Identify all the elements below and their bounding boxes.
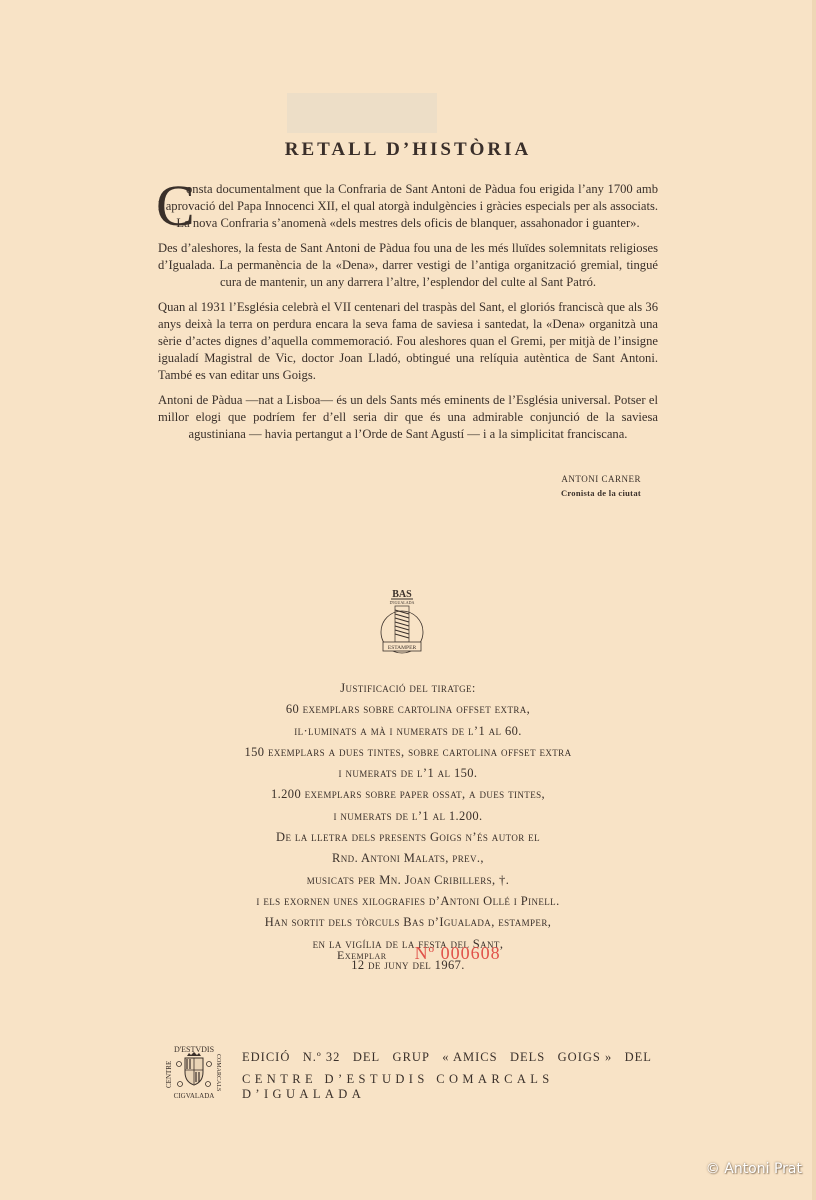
press-screw-icon: BAS D'IGUALADA ESTAMPER: [376, 588, 428, 658]
edition-word: N.º 32: [303, 1050, 341, 1065]
colophon-line: i numerats de l’1 al 1.200.: [0, 806, 816, 827]
colophon-line: il·luminats a mà i numerats de l’1 al 60…: [0, 721, 816, 742]
colophon: Justificació del tiratge:60 exemplars so…: [0, 678, 816, 976]
edition-word: DELS: [510, 1050, 545, 1065]
signature: ANTONI CARNER Cronista de la ciutat: [561, 474, 641, 498]
dropcap-letter: C: [156, 177, 195, 235]
paragraph-4: Antoni de Pàdua —nat a Lisboa— és un del…: [158, 392, 658, 443]
page-title: RETALL D’HISTÒRIA: [0, 139, 816, 161]
colophon-line: i numerats de l’1 al 150.: [0, 763, 816, 784]
colophon-line: i els exornen unes xilografies d’Antoni …: [0, 891, 816, 912]
page-edge: [812, 0, 816, 1200]
colophon-line: 1.200 exemplars sobre paper ossat, a due…: [0, 784, 816, 805]
exemplar-number: Exemplar Nº 000608: [337, 943, 501, 964]
paragraph-1-text: onsta documentalment que la Confraria de…: [158, 182, 658, 230]
exemplar-label: Exemplar: [337, 948, 387, 962]
edition-word: EDICIÓ: [242, 1050, 290, 1065]
paragraph-1: C onsta documentalment que la Confraria …: [158, 181, 658, 232]
coat-of-arms-icon: D'ESTVDIS CENTRE COMARCALS CIGVALADA: [165, 1044, 223, 1100]
article-body: C onsta documentalment que la Confraria …: [158, 181, 658, 451]
paragraph-2: Des d’aleshores, la festa de Sant Antoni…: [158, 240, 658, 291]
colophon-line: 60 exemplars sobre cartolina offset extr…: [0, 699, 816, 720]
show-through-image: [287, 93, 437, 133]
colophon-line: Han sortit dels tòrculs Bas d’Igualada, …: [0, 912, 816, 933]
svg-text:CENTRE: CENTRE: [165, 1061, 173, 1088]
edition-word: DEL: [625, 1050, 652, 1065]
svg-text:CIGVALADA: CIGVALADA: [174, 1092, 215, 1100]
copyright-watermark: © Antoni Prat: [706, 1161, 802, 1177]
author-name: ANTONI CARNER: [561, 474, 641, 484]
edition-word: GRUP: [393, 1050, 430, 1065]
svg-text:COMARCALS: COMARCALS: [215, 1054, 221, 1091]
edition-word: « AMICS: [442, 1050, 497, 1065]
colophon-line: De la lletra dels presents Goigs n’és au…: [0, 827, 816, 848]
author-role: Cronista de la ciutat: [561, 488, 641, 498]
colophon-line: Rnd. Antoni Malats, prev.,: [0, 848, 816, 869]
colophon-line: Justificació del tiratge:: [0, 678, 816, 699]
edition-line-1: EDICIÓN.º 32DELGRUP« AMICSDELSGOIGS »DEL: [242, 1050, 652, 1065]
svg-text:BAS: BAS: [392, 589, 412, 600]
svg-text:ESTAMPER: ESTAMPER: [388, 645, 417, 651]
svg-text:D'IGUALADA: D'IGUALADA: [390, 600, 415, 605]
edition-word: GOIGS »: [558, 1050, 613, 1065]
colophon-line: 150 exemplars a dues tintes, sobre carto…: [0, 742, 816, 763]
edition-info: EDICIÓN.º 32DELGRUP« AMICSDELSGOIGS »DEL…: [242, 1050, 652, 1102]
paragraph-3: Quan al 1931 l’Església celebrà el VII c…: [158, 299, 658, 384]
exemplar-serial: Nº 000608: [415, 943, 501, 963]
edition-line-2: CENTRE D’ESTUDIS COMARCALS D’IGUALADA: [242, 1072, 652, 1102]
colophon-line: musicats per Mn. Joan Cribillers, †.: [0, 870, 816, 891]
edition-word: DEL: [353, 1050, 380, 1065]
